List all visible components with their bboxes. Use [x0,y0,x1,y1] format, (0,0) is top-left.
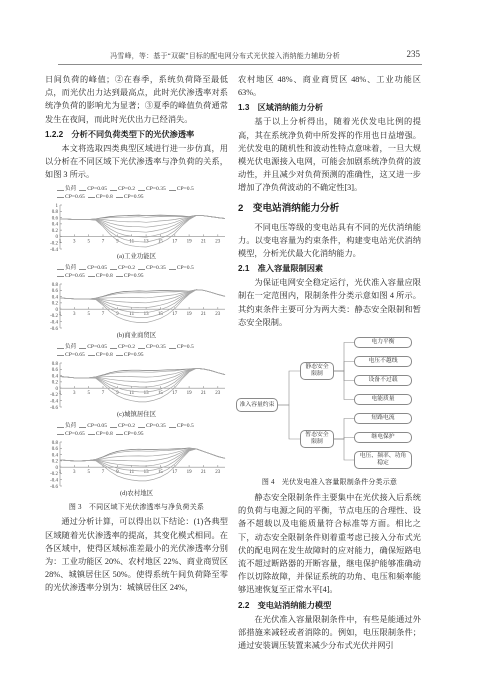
legend-label: 负荷 [65,265,76,273]
svg-text:21: 21 [201,392,207,397]
legend-line-mark [169,190,176,191]
paragraph: 通过分析计算，可以得出以下结论：(1)各典型区域随着光伏渗透率的提高，其变化模式… [45,515,228,594]
svg-text:0.2: 0.2 [52,381,59,386]
paragraph: 为保证电网安全稳定运行，光伏准入容量应限制在一定范围内，限制条件分类示意如图 4… [238,276,421,329]
figure3-caption: 图 3 不同区域下光伏渗透率与净负荷关系 [45,502,228,512]
svg-text:3: 3 [73,240,76,245]
legend-label: CP=0.35 [146,186,166,194]
legend-item: CP=0.5 [169,423,194,431]
legend-line-mark [57,434,64,435]
legend-line-mark [110,269,117,270]
legend-item: CP=0.05 [79,423,107,431]
figure-4-diagram: 准入容量约束 静态安全限制 暂态安全限制 电力平衡 电压不越线 设备不过载 电能… [234,335,426,473]
legend-label: CP=0.8 [96,352,113,360]
legend-label: CP=0.35 [146,344,166,352]
legend-item: CP=0.65 [57,273,85,281]
legend-line-mark [57,348,64,349]
legend-item: CP=0.2 [110,186,135,194]
legend-item: CP=0.8 [88,194,113,202]
svg-text:19: 19 [187,392,193,397]
svg-text:-0.4: -0.4 [50,400,58,405]
svg-text:5: 5 [87,313,90,318]
legend-label: CP=0.2 [118,265,135,273]
legend-label: CP=0.95 [124,352,144,360]
heading-2-1: 2.1 准入容量限制因素 [238,262,421,275]
paragraph: 日间负荷的峰值；②在春季，系统负荷降至最低点，而光伏出力达到最高点，此时光伏渗透… [45,73,228,126]
legend-label: 负荷 [65,344,76,352]
svg-text:-0.6: -0.6 [50,327,58,332]
legend-item: CP=0.35 [138,423,166,431]
legend-label: 负荷 [65,186,76,194]
figure3-subplot-a: 负荷CP=0.05CP=0.2CP=0.35CP=0.5CP=0.65CP=0.… [45,186,228,261]
paper-page: 冯雪峰，等：基于“双碳”目标的配电网分布式光伏接入消纳能力辅助分析 235 日间… [0,0,480,673]
legend-item: CP=0.5 [169,344,194,352]
legend-label: CP=0.2 [118,344,135,352]
legend-line-mark [138,427,145,428]
figure3-chart-c: 0.80.60.40.20-0.2-0.4-0.6135791113151719… [45,359,228,411]
svg-text:0.6: 0.6 [52,290,59,295]
svg-text:3: 3 [73,392,76,397]
legend-label: CP=0.5 [177,423,194,431]
svg-text:11: 11 [129,240,134,245]
heading-section-2: 2 变电站消纳能力分析 [238,202,421,216]
legend-line-mark [57,427,64,428]
svg-text:3: 3 [73,471,76,476]
svg-text:7: 7 [102,471,105,476]
svg-text:-0.2: -0.2 [50,315,58,320]
legend-line-mark [110,190,117,191]
paragraph: 不同电压等级的变电站具有不同的光伏消纳能力。以变电容量为约束条件，构建变电站光伏… [238,221,421,261]
legend-line-mark [169,269,176,270]
svg-text:23: 23 [215,392,221,397]
svg-text:5: 5 [87,240,90,245]
legend-label: CP=0.05 [87,344,107,352]
legend-item: CP=0.95 [116,194,144,202]
svg-text:23: 23 [215,313,221,318]
legend-item: CP=0.05 [79,344,107,352]
svg-text:0.4: 0.4 [52,454,59,459]
legend-item: CP=0.8 [88,431,113,439]
legend-item: CP=0.95 [116,431,144,439]
diagram-leaf: 短路电流 [354,413,412,424]
page-header: 冯雪峰，等：基于“双碳”目标的配电网分布式光伏接入消纳能力辅助分析 235 [58,50,422,65]
legend-line-mark [88,276,95,277]
svg-text:7: 7 [102,240,105,245]
svg-text:1: 1 [59,313,62,318]
legend-label: CP=0.05 [87,423,107,431]
legend-label: CP=0.5 [177,344,194,352]
svg-text:0.6: 0.6 [52,217,59,222]
legend-item: CP=0.2 [110,344,135,352]
legend-item: CP=0.35 [138,186,166,194]
legend-label: CP=0.05 [87,265,107,273]
svg-text:0.8: 0.8 [52,441,59,446]
legend-label: CP=0.65 [65,273,85,281]
legend-item: 负荷 [57,186,76,194]
svg-text:1: 1 [59,240,62,245]
svg-text:0.4: 0.4 [52,296,59,301]
legend-label: CP=0.2 [118,186,135,194]
legend-line-mark [79,427,86,428]
legend-line-mark [169,348,176,349]
svg-text:1: 1 [59,392,62,397]
legend-line-mark [57,269,64,270]
legend-item: CP=0.05 [79,265,107,273]
chart-legend: 负荷CP=0.05CP=0.2CP=0.35CP=0.5CP=0.65CP=0.… [57,265,219,280]
svg-text:0.2: 0.2 [52,302,59,307]
legend-line-mark [79,348,86,349]
legend-label: CP=0.35 [146,423,166,431]
svg-text:0.4: 0.4 [52,223,59,228]
svg-text:0.2: 0.2 [52,460,59,465]
legend-label: 负荷 [65,423,76,431]
paragraph: 静态安全限制条件主要集中在光伏接入后系统的负荷与电源之间的平衡，节点电压的合理性… [238,491,421,597]
legend-label: CP=0.95 [124,273,144,281]
two-column-layout: 日间负荷的峰值；②在春季，系统负荷降至最低点，而光伏出力达到最高点，此时光伏渗透… [45,73,421,652]
legend-line-mark [88,434,95,435]
legend-item: CP=0.8 [88,352,113,360]
legend-line-mark [116,276,123,277]
diagram-leaf: 电压不越线 [354,356,412,367]
diagram-leaf: 电能质量 [354,394,412,405]
svg-text:5: 5 [87,471,90,476]
svg-text:17: 17 [172,471,178,476]
svg-text:19: 19 [187,313,193,318]
legend-line-mark [79,190,86,191]
page-number: 235 [407,49,421,59]
svg-text:0.4: 0.4 [52,375,59,380]
diagram-root-node: 准入容量约束 [236,398,278,412]
legend-item: CP=0.65 [57,352,85,360]
diagram-branch-static: 静态安全限制 [300,362,334,380]
legend-item: CP=0.5 [169,265,194,273]
legend-line-mark [138,269,145,270]
svg-text:-0.2: -0.2 [50,473,58,478]
subplot-caption: (b)商业商贸区 [45,332,228,340]
svg-text:0.6: 0.6 [52,369,59,374]
figure4-caption: 图 4 光伏发电准入容量限制条件分类示意 [238,477,421,487]
legend-label: CP=0.35 [146,265,166,273]
left-column: 日间负荷的峰值；②在春季，系统负荷降至最低点，而光伏出力达到最高点，此时光伏渗透… [45,73,228,652]
legend-line-mark [116,434,123,435]
diagram-leaf: 电力平衡 [354,337,412,348]
legend-item: CP=0.35 [138,344,166,352]
diagram-branch-transient: 暂态安全限制 [300,430,334,448]
figure3-chart-a: 10.80.60.40.20-0.2-0.4135791113151719212… [45,201,228,253]
diagram-leaf: 设备不过载 [354,375,412,386]
paragraph: 农村地区 48%、商业商贸区 48%、工业功能区 63%。 [238,73,421,99]
svg-text:1: 1 [56,204,59,209]
legend-line-mark [57,355,64,356]
legend-line-mark [116,197,123,198]
svg-text:23: 23 [215,240,221,245]
legend-line-mark [88,197,95,198]
legend-item: CP=0.35 [138,265,166,273]
figure-3: 负荷CP=0.05CP=0.2CP=0.35CP=0.5CP=0.65CP=0.… [45,186,228,512]
subplot-caption: (c)城镇居住区 [45,411,228,419]
svg-text:0.8: 0.8 [52,211,59,216]
legend-line-mark [169,427,176,428]
legend-label: CP=0.5 [177,265,194,273]
legend-item: CP=0.95 [116,352,144,360]
svg-text:1: 1 [59,471,62,476]
svg-text:0.2: 0.2 [52,229,59,234]
legend-item: 负荷 [57,344,76,352]
legend-item: CP=0.65 [57,194,85,202]
svg-text:0.8: 0.8 [52,362,59,367]
svg-text:17: 17 [172,392,178,397]
svg-text:-0.2: -0.2 [50,242,58,247]
paragraph: 本文将选取四类典型区域进行进一步仿真，用以分析在不同区域下光伏渗透率与净负荷的关… [45,142,228,182]
legend-label: CP=0.05 [87,186,107,194]
legend-line-mark [57,197,64,198]
subplot-caption: (a)工业功能区 [45,253,228,261]
svg-text:7: 7 [102,313,105,318]
legend-label: CP=0.65 [65,194,85,202]
diagram-leaf: 继电保护 [354,432,412,443]
svg-text:-0.4: -0.4 [50,321,58,326]
svg-text:17: 17 [172,313,178,318]
diagram-leaf: 电压、频率、功角稳定 [354,451,412,469]
legend-item: 负荷 [57,423,76,431]
svg-text:-0.6: -0.6 [50,406,58,411]
legend-line-mark [110,427,117,428]
svg-text:21: 21 [201,240,207,245]
svg-text:19: 19 [187,240,193,245]
legend-line-mark [57,190,64,191]
legend-item: CP=0.2 [110,423,135,431]
legend-label: CP=0.8 [96,431,113,439]
right-column: 农村地区 48%、商业商贸区 48%、工业功能区 63%。 1.3 区域消纳能力… [238,73,421,652]
svg-text:-0.6: -0.6 [50,485,58,490]
legend-label: CP=0.65 [65,352,85,360]
paragraph: 在光伏准入容量限制条件中，有些是能通过外部措施来减轻或者消除的。例如，电压限制条… [238,613,421,653]
paragraph: 基于以上分析得出，随着光伏发电比例的提高，其在系统净负荷中所发挥的作用也日益增强… [238,115,421,194]
legend-label: CP=0.8 [96,194,113,202]
legend-line-mark [138,348,145,349]
svg-text:0.8: 0.8 [52,283,59,288]
chart-legend: 负荷CP=0.05CP=0.2CP=0.35CP=0.5CP=0.65CP=0.… [57,186,219,201]
legend-item: CP=0.05 [79,186,107,194]
svg-text:3: 3 [73,313,76,318]
legend-label: CP=0.5 [177,186,194,194]
chart-legend: 负荷CP=0.05CP=0.2CP=0.35CP=0.5CP=0.65CP=0.… [57,344,219,359]
legend-item: CP=0.2 [110,265,135,273]
figure3-chart-b: 0.80.60.40.20-0.2-0.4-0.6135791113151719… [45,280,228,332]
legend-line-mark [110,348,117,349]
legend-label: CP=0.95 [124,431,144,439]
svg-text:23: 23 [215,471,221,476]
heading-1-2-2: 1.2.2 分析不同负荷类型下的光伏渗透率 [45,128,228,141]
legend-line-mark [138,190,145,191]
legend-label: CP=0.95 [124,194,144,202]
figure3-subplot-b: 负荷CP=0.05CP=0.2CP=0.35CP=0.5CP=0.65CP=0.… [45,265,228,340]
svg-text:7: 7 [102,392,105,397]
subplot-caption: (d)农村地区 [45,490,228,498]
figure3-chart-d: 0.80.60.40.20-0.2-0.4-0.6135791113151719… [45,438,228,490]
running-title: 冯雪峰，等：基于“双碳”目标的配电网分布式光伏接入消纳能力辅助分析 [58,51,392,61]
svg-text:21: 21 [201,471,207,476]
svg-text:21: 21 [201,313,207,318]
legend-item: CP=0.5 [169,186,194,194]
chart-legend: 负荷CP=0.05CP=0.2CP=0.35CP=0.5CP=0.65CP=0.… [57,423,219,438]
legend-item: CP=0.65 [57,431,85,439]
legend-label: CP=0.65 [65,431,85,439]
heading-2-2: 2.2 变电站消纳能力模型 [238,599,421,612]
legend-line-mark [79,269,86,270]
figure3-subplot-c: 负荷CP=0.05CP=0.2CP=0.35CP=0.5CP=0.65CP=0.… [45,344,228,419]
legend-item: CP=0.95 [116,273,144,281]
svg-text:-0.4: -0.4 [50,479,58,484]
svg-text:5: 5 [87,392,90,397]
legend-item: 负荷 [57,265,76,273]
svg-text:19: 19 [187,471,193,476]
legend-label: CP=0.8 [96,273,113,281]
svg-text:17: 17 [172,240,178,245]
figure3-subplot-d: 负荷CP=0.05CP=0.2CP=0.35CP=0.5CP=0.65CP=0.… [45,423,228,498]
legend-line-mark [116,355,123,356]
svg-text:-0.4: -0.4 [50,248,58,253]
legend-line-mark [57,276,64,277]
svg-text:-0.2: -0.2 [50,394,58,399]
heading-1-3: 1.3 区域消纳能力分析 [238,101,421,114]
svg-text:0.6: 0.6 [52,448,59,453]
legend-label: CP=0.2 [118,423,135,431]
legend-item: CP=0.8 [88,273,113,281]
legend-line-mark [88,355,95,356]
